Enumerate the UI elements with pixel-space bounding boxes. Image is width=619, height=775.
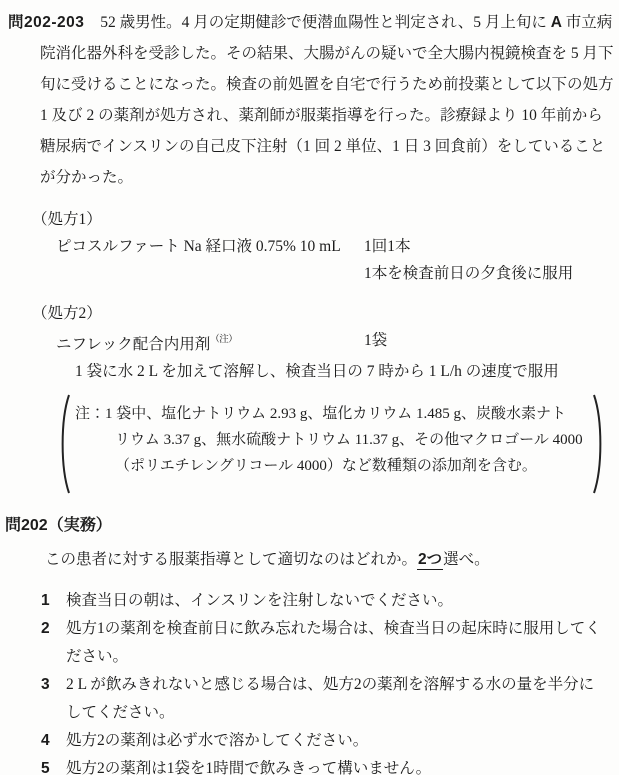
prescription-2-instruction: 1 袋に水 2 L を加えて溶解し、検査当日の 7 時から 1 L/h の速度で… [75, 358, 619, 385]
case-text: 52 歳男性。4 月の定期健診で便潜血陽性と判定され、5 月上旬に [100, 14, 547, 31]
option-2: 2 処方1の薬剤を検査前日に飲み忘れた場合は、検査当日の起床時に服用してください… [0, 615, 619, 671]
option-2-text: 処方1の薬剤を検査前日に飲み忘れた場合は、検査当日の起床時に服用してください。 [66, 615, 619, 671]
dose-quantity: 1袋 [364, 327, 387, 354]
prescription-2-header: （処方2） [32, 300, 619, 327]
option-4: 4 処方2の薬剤は必ず水で溶かしてください。 [0, 727, 619, 755]
question-202-sentence: この患者に対する服薬指導として適切なのはどれか。2つ選べ。 [45, 548, 619, 572]
option-3: 3 2 L が飲みきれないと感じる場合は、処方2の薬剤を溶解する水の量を半分にし… [0, 671, 619, 727]
prescription-2-drug-line: ニフレック配合内用剤（注） 1袋 [56, 327, 619, 358]
drug-name: ニフレック配合内用剤 [56, 336, 210, 353]
composition-note-text: 注：1 袋中、塩化ナトリウム 2.93 g、塩化カリウム 1.485 g、炭酸水… [71, 394, 592, 494]
option-5-number: 5 [41, 755, 66, 775]
prescription-1-header: （処方1） [32, 206, 619, 233]
hospital-letter: A [551, 14, 562, 31]
option-3-number: 3 [41, 671, 66, 727]
case-line-3: 旬に受けることになった。検査の前処置を自宅で行うため前投薬として以下の処方 [40, 69, 619, 100]
dose-per-time: 1回1本 [364, 233, 411, 260]
exam-scan-page: { "colors": { "ink": "#1c1c1c", "paper":… [0, 0, 619, 775]
note-line-1: 注：1 袋中、塩化ナトリウム 2.93 g、塩化カリウム 1.485 g、炭酸水… [75, 401, 592, 427]
option-2-number: 2 [41, 615, 66, 671]
case-line-5: 糖尿病でインスリンの自己皮下注射（1 回 2 単位、1 日 3 回食前）をしてい… [40, 131, 619, 162]
case-line-6: が分かった。 [40, 162, 619, 193]
prescription-1-instruction: 1本を検査前日の夕食後に服用 [364, 260, 619, 287]
case-description: 問202-203 52 歳男性。4 月の定期健診で便潜血陽性と判定され、5 月上… [0, 0, 619, 193]
option-1-number: 1 [41, 587, 66, 615]
prescription-2: （処方2） ニフレック配合内用剤（注） 1袋 1 袋に水 2 L を加えて溶解し… [0, 300, 619, 385]
choose-two-emphasis: 2つ [417, 551, 443, 570]
question-number-label: 問202-203 [8, 14, 84, 31]
question-text: 選べ。 [443, 551, 490, 568]
question-text: この患者に対する服薬指導として適切なのはどれか。 [45, 551, 417, 568]
case-line-1: 問202-203 52 歳男性。4 月の定期健診で便潜血陽性と判定され、5 月上… [8, 7, 619, 38]
composition-note: 注：1 袋中、塩化ナトリウム 2.93 g、塩化カリウム 1.485 g、炭酸水… [58, 394, 605, 494]
prescription-1: （処方1） ピコスルファート Na 経口液 0.75% 10 mL 1回1本 1… [0, 206, 619, 287]
option-1-text: 検査当日の朝は、インスリンを注射しないでください。 [66, 587, 619, 615]
option-4-text: 処方2の薬剤は必ず水で溶かしてください。 [66, 727, 619, 755]
case-line-2: 院消化器外科を受診した。その結果、大腸がんの疑いで全大腸内視鏡検査を 5 月下 [40, 38, 619, 69]
option-1: 1 検査当日の朝は、インスリンを注射しないでください。 [0, 587, 619, 615]
right-parenthesis-bracket [592, 394, 605, 494]
option-4-number: 4 [41, 727, 66, 755]
option-5-text: 処方2の薬剤は1袋を1時間で飲みきって構いません。 [66, 755, 619, 775]
left-parenthesis-bracket [58, 394, 71, 494]
note-line-3: （ポリエチレングリコール 4000）など数種類の添加剤を含む。 [115, 453, 592, 479]
answer-options: 1 検査当日の朝は、インスリンを注射しないでください。 2 処方1の薬剤を検査前… [0, 587, 619, 775]
question-202: 問202（実務） この患者に対する服薬指導として適切なのはどれか。2つ選べ。 1… [0, 515, 619, 775]
case-line-4: 1 及び 2 の薬剤が処方され、薬剤師が服薬指導を行った。診療録より 10 年前… [40, 100, 619, 131]
question-202-203-document: 問202-203 52 歳男性。4 月の定期健診で便潜血陽性と判定され、5 月上… [0, 0, 619, 775]
note-line-2: リウム 3.37 g、無水硫酸ナトリウム 11.37 g、その他マクロゴール 4… [115, 427, 592, 453]
question-202-header: 問202（実務） [5, 515, 619, 537]
case-text: 市立病 [566, 14, 613, 31]
drug-name: ピコスルファート Na 経口液 0.75% 10 mL [56, 238, 341, 255]
note-reference-mark: （注） [210, 335, 237, 345]
prescription-1-drug-line: ピコスルファート Na 経口液 0.75% 10 mL 1回1本 [56, 233, 619, 260]
option-5: 5 処方2の薬剤は1袋を1時間で飲みきって構いません。 [0, 755, 619, 775]
option-3-text: 2 L が飲みきれないと感じる場合は、処方2の薬剤を溶解する水の量を半分にしてく… [66, 671, 619, 727]
